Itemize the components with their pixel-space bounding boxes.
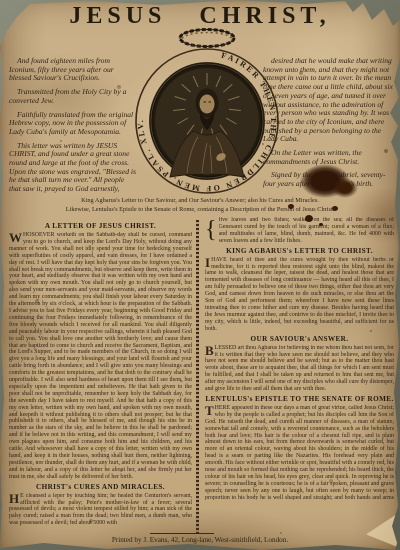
letter-paragraph: WHOSOEVER worketh on the Sabbath-day sha…	[9, 232, 192, 481]
caption-line: Likewise, Lentulus's Epistle to the Sena…	[6, 206, 394, 213]
drop-cap: W	[9, 232, 22, 243]
broadside-paper: JESUS CHRIST, And found eighteen miles f…	[0, 0, 400, 550]
intro-paragraph: This letter was written by JESUS CHRIST,…	[9, 142, 137, 194]
left-text-column: A LETTER OF JESUS CHRIST. WHOSOEVER work…	[9, 220, 192, 527]
answer-heading: OUR SAVIOUR's ANSWER.	[205, 335, 394, 343]
drop-cap: B	[205, 345, 214, 356]
agbarus-heading: KING AGBARUS's LETTER TO CHRIST.	[205, 247, 394, 255]
imprint-rule	[150, 533, 214, 534]
miracles-continuation: { five loaves and two fishes; walked on …	[205, 217, 394, 245]
ink-stain-droplets	[288, 204, 294, 209]
drop-cap: H	[9, 493, 19, 504]
intro-paragraph: Transmitted from the Holy City by a conv…	[9, 88, 137, 105]
answer-paragraph: BLESSED art thou Agbarus for believing i…	[205, 345, 394, 393]
miracles-continued-text: five loaves and two fishes; walked on th…	[219, 217, 394, 245]
portrait-of-christ	[152, 65, 262, 177]
brace-glyph: {	[205, 217, 217, 244]
intro-left-column: And found eighteen miles from Iconium, f…	[9, 57, 137, 199]
intro-paragraph: And found eighteen miles from Iconium, f…	[9, 57, 137, 83]
answer-body: LESSED art thou Agbarus for believing in…	[205, 345, 394, 392]
drop-cap: I	[205, 257, 210, 268]
cures-body: E cleansed a leper by touching him; he h…	[9, 493, 192, 527]
caption-line: King Agbarus's Letter to Our Saviour, an…	[6, 197, 394, 204]
cures-heading: CHRIST's CURES AND MIRACLES.	[9, 483, 192, 491]
drop-cap: T	[205, 405, 214, 416]
lentulus-body: HERE appeared in these our days a man of…	[205, 405, 394, 500]
crown-of-thorns-icon	[180, 30, 234, 47]
lentulus-heading: LENTULUS's EPISTLE TO THE SENATE OF ROME…	[205, 395, 394, 403]
foxing-specks	[0, 0, 2, 2]
photo-background: JESUS CHRIST, And found eighteen miles f…	[0, 0, 400, 550]
intro-paragraph: desired that he would make that writing …	[263, 57, 394, 144]
column-divider-rule	[196, 220, 199, 533]
right-text-column: { five loaves and two fishes; walked on …	[205, 217, 394, 500]
lentulus-paragraph: THERE appeared in these our days a man o…	[205, 405, 394, 500]
letter-heading: A LETTER OF JESUS CHRIST.	[9, 222, 192, 230]
letter-body: HOSOEVER worketh on the Sabbath-day shal…	[9, 232, 192, 480]
christ-portrait-engraving: FAIRER THEN THE CHILDREN OF MEN. PSAL. X…	[132, 23, 282, 195]
agbarus-body: HAVE heard of thee and the cures wrought…	[205, 257, 394, 332]
printer-imprint: Printed by J. Evans, 42, Long-lane, West…	[0, 536, 400, 544]
subtitle-captions: King Agbarus's Letter to Our Saviour, an…	[6, 197, 394, 215]
intro-paragraph: Faithfully translated from the original …	[9, 111, 137, 137]
ink-stain	[300, 164, 350, 198]
agbarus-paragraph: I HAVE heard of thee and the cures wroug…	[205, 257, 394, 333]
cures-paragraph: HE cleansed a leper by touching him; he …	[9, 493, 192, 528]
